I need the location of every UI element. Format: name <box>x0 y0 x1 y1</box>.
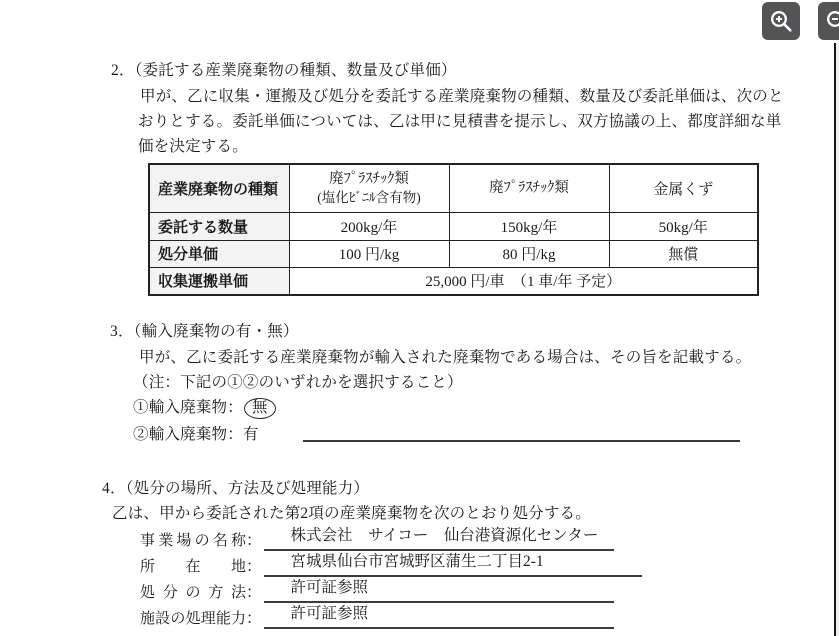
table-row-types: 産業廃棄物の種類 廃ﾌﾟﾗｽﾁｯｸ類 (塩化ﾋﾞﾆﾙ含有物) 廃ﾌﾟﾗｽﾁｯｸ類… <box>149 164 758 212</box>
field-value-facility-capacity: 許可証参照 <box>264 604 614 629</box>
field-row-facility-capacity: 施設の処理能力：許可証参照 <box>140 604 614 629</box>
section2-line1: 甲が、乙に収集・運搬及び処分を委託する産業廃棄物の種類、数量及び委託単価は、次の… <box>140 87 784 107</box>
cell-type-plastic-pvc-line1: 廃ﾌﾟﾗｽﾁｯｸ類 <box>294 170 445 189</box>
field-label-facility-capacity: 施設の処理能力 <box>140 609 246 629</box>
field-colon: ： <box>246 557 262 577</box>
cell-type-plastic: 廃ﾌﾟﾗｽﾁｯｸ類 <box>449 164 609 212</box>
section2-heading: 2．（委託する産業廃棄物の種類、数量及び単価） <box>111 61 457 81</box>
field-value-site-name: 株式会社 サイコー 仙台港資源化センター <box>264 526 614 551</box>
magnifier-plus-icon <box>768 8 795 35</box>
section2-line2: おりとする。委託単価については、乙は甲に見積書を提示し、双方協議の上、都度詳細な… <box>138 112 781 132</box>
section3-note: （注：下記の①②のいずれかを選択すること） <box>133 373 463 393</box>
row-label-quantity: 委託する数量 <box>149 212 289 240</box>
row-label-transport-price: 収集運搬単価 <box>149 267 289 295</box>
section2-line3: 価を決定する。 <box>138 137 248 157</box>
table-row-disposal-price: 処分単価 100 円/kg 80 円/kg 無償 <box>149 240 758 267</box>
cell-disposal-price-1: 100 円/kg <box>289 240 449 267</box>
section3-heading: 3．（輸入廃棄物の有・無） <box>110 322 299 342</box>
field-row-disposal-method: 処分の方法：許可証参照 <box>140 578 614 603</box>
cell-quantity-2: 150kg/年 <box>449 212 609 240</box>
section3-item1: ①輸入廃棄物：無 <box>133 398 276 419</box>
cell-disposal-price-3: 無償 <box>609 240 758 267</box>
cell-type-metal-scrap: 金属くず <box>609 164 758 212</box>
section4-line1: 乙は、甲から委託された第2項の産業廃棄物を次のとおり処分する。 <box>112 504 591 524</box>
cell-disposal-price-2: 80 円/kg <box>449 240 609 267</box>
field-row-site-name: 事業場の名称：株式会社 サイコー 仙台港資源化センター <box>140 526 614 551</box>
table-row-transport-price: 収集運搬単価 25,000 円/車 （1 車/年 予定） <box>149 267 758 295</box>
zoom-in-button[interactable] <box>762 2 800 40</box>
imported-waste-none-label: ①輸入廃棄物： <box>133 399 243 416</box>
cell-type-plastic-pvc-line2: (塩化ﾋﾞﾆﾙ含有物) <box>294 189 445 206</box>
field-label-address: 所在地 <box>140 557 246 577</box>
document-viewer: 2．（委託する産業廃棄物の種類、数量及び単価） 甲が、乙に収集・運搬及び処分を委… <box>0 0 839 636</box>
page-edge-line <box>834 43 836 636</box>
cell-quantity-1: 200kg/年 <box>289 212 449 240</box>
cell-transport-price: 25,000 円/車 （1 車/年 予定） <box>289 267 758 295</box>
cell-quantity-3: 50kg/年 <box>609 212 758 240</box>
circled-selection-none: 無 <box>244 398 276 419</box>
cell-type-plastic-pvc: 廃ﾌﾟﾗｽﾁｯｸ類 (塩化ﾋﾞﾆﾙ含有物) <box>289 164 449 212</box>
field-value-address: 宮城県仙台市宮城野区蒲生二丁目2-1 <box>264 552 642 577</box>
field-colon: ： <box>246 583 262 603</box>
row-label-disposal-price: 処分単価 <box>149 240 289 267</box>
section3-line1: 甲が、乙に委託する産業廃棄物が輸入された廃棄物である場合は、その旨を記載する。 <box>139 348 751 368</box>
table-row-quantity: 委託する数量 200kg/年 150kg/年 50kg/年 <box>149 212 758 240</box>
field-value-disposal-method: 許可証参照 <box>264 578 614 603</box>
zoom-out-button[interactable] <box>818 2 839 40</box>
magnifier-minus-icon <box>824 8 839 35</box>
field-colon: ： <box>246 609 262 629</box>
waste-price-table: 産業廃棄物の種類 廃ﾌﾟﾗｽﾁｯｸ類 (塩化ﾋﾞﾆﾙ含有物) 廃ﾌﾟﾗｽﾁｯｸ類… <box>148 163 759 296</box>
field-colon: ： <box>246 531 262 551</box>
section4-heading: 4．（処分の場所、方法及び処理能力） <box>102 479 369 499</box>
section3-item2: ②輸入廃棄物：有 <box>133 425 259 445</box>
field-label-disposal-method: 処分の方法 <box>140 583 246 603</box>
row-label-waste-type: 産業廃棄物の種類 <box>149 164 289 212</box>
field-label-site-name: 事業場の名称 <box>140 531 246 551</box>
field-row-address: 所在地：宮城県仙台市宮城野区蒲生二丁目2-1 <box>140 552 642 577</box>
imported-waste-yes-blank-line <box>303 440 740 442</box>
